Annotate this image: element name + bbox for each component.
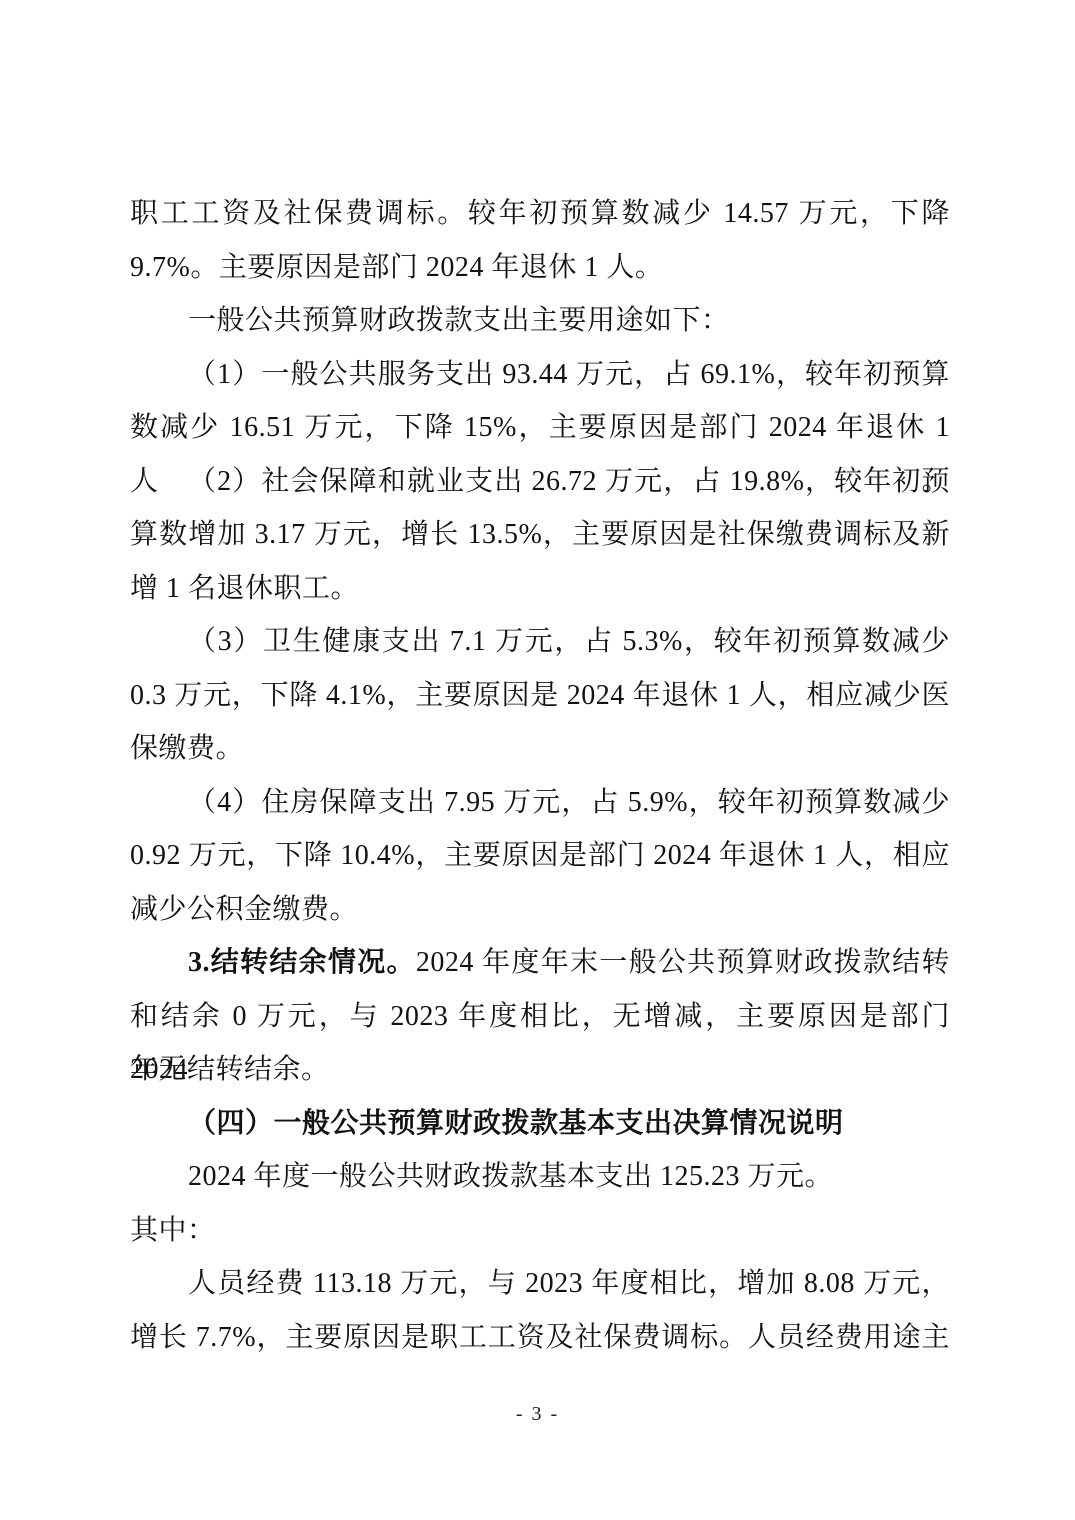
section-heading: （四）一般公共预算财政拨款基本支出决算情况说明 (130, 1097, 950, 1151)
text-line: 9.7%。主要原因是部门 2024 年退休 1 人。 (130, 241, 950, 295)
text-line: （3）卫生健康支出 7.1 万元，占 5.3%，较年初预算数减少 (130, 615, 950, 669)
text-line: 年无结转结余。 (130, 1043, 950, 1097)
text-line: 职工工资及社保费调标。较年初预算数减少 14.57 万元，下降 (130, 187, 950, 241)
text-line: 减少公积金缴费。 (130, 883, 950, 937)
text-line: 数减少 16.51 万元，下降 15%，主要原因是部门 2024 年退休 1 人… (130, 401, 950, 455)
text-line: （2）社会保障和就业支出 26.72 万元，占 19.8%，较年初预 (130, 455, 950, 509)
text-line: 2024 年度一般公共财政拨款基本支出 125.23 万元。 (130, 1150, 950, 1204)
text-line: 0.3 万元，下降 4.1%，主要原因是 2024 年退休 1 人，相应减少医 (130, 669, 950, 723)
text-line: 3.结转结余情况。2024 年度年末一般公共预算财政拨款结转 (130, 936, 950, 990)
text-line: 和结余 0 万元，与 2023 年度相比，无增减，主要原因是部门 2024 (130, 990, 950, 1044)
body-text: 职工工资及社保费调标。较年初预算数减少 14.57 万元，下降 9.7%。主要原… (130, 187, 950, 1364)
text-line: 一般公共预算财政拨款支出主要用途如下： (130, 294, 950, 348)
document-page: 职工工资及社保费调标。较年初预算数减少 14.57 万元，下降 9.7%。主要原… (0, 0, 1075, 1520)
text-run: 2024 年度年末一般公共预算财政拨款结转 (416, 947, 950, 978)
text-line: 增长 7.7%，主要原因是职工工资及社保费调标。人员经费用途主 (130, 1311, 950, 1365)
text-line: 算数增加 3.17 万元，增长 13.5%，主要原因是社保缴费调标及新 (130, 508, 950, 562)
page-number: - 3 - (0, 1400, 1075, 1428)
text-line: 0.92 万元，下降 10.4%，主要原因是部门 2024 年退休 1 人，相应 (130, 829, 950, 883)
bold-lead-label: 3.结转结余情况。 (188, 947, 416, 978)
text-line: 增 1 名退休职工。 (130, 562, 950, 616)
text-line: 保缴费。 (130, 722, 950, 776)
text-line: 人员经费 113.18 万元，与 2023 年度相比，增加 8.08 万元， (130, 1257, 950, 1311)
text-line: （1）一般公共服务支出 93.44 万元，占 69.1%，较年初预算 (130, 348, 950, 402)
text-line: （4）住房保障支出 7.95 万元，占 5.9%，较年初预算数减少 (130, 776, 950, 830)
text-line: 其中： (130, 1204, 950, 1258)
